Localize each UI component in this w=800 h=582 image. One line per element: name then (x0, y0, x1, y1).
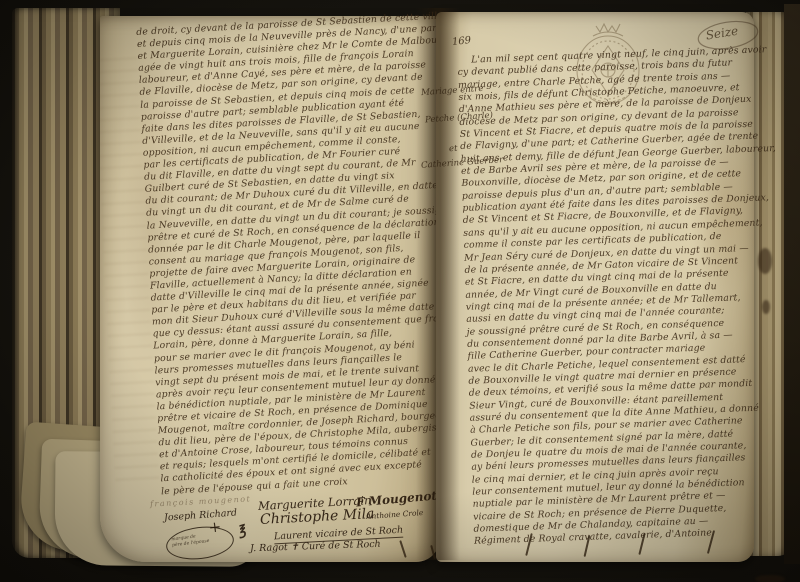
ink-smudge (758, 248, 772, 274)
ink-smudge (755, 575, 785, 582)
cross-mark-icon: + (208, 517, 223, 536)
witness-mark-caption: marque de père de l'épouse (171, 533, 210, 548)
register-photo: de droit, cy devant de la paroisse de St… (0, 0, 800, 582)
margin-note-et: et (449, 144, 458, 155)
right-page-manuscript-text: L'an mil sept cent quatre vingt neuf, le… (457, 45, 774, 549)
book-cover-edge (784, 4, 800, 564)
left-page-manuscript-text: de droit, cy devant de la paroisse de St… (136, 11, 459, 498)
folio-number: 169 (451, 35, 471, 48)
ink-smudge (762, 300, 770, 314)
